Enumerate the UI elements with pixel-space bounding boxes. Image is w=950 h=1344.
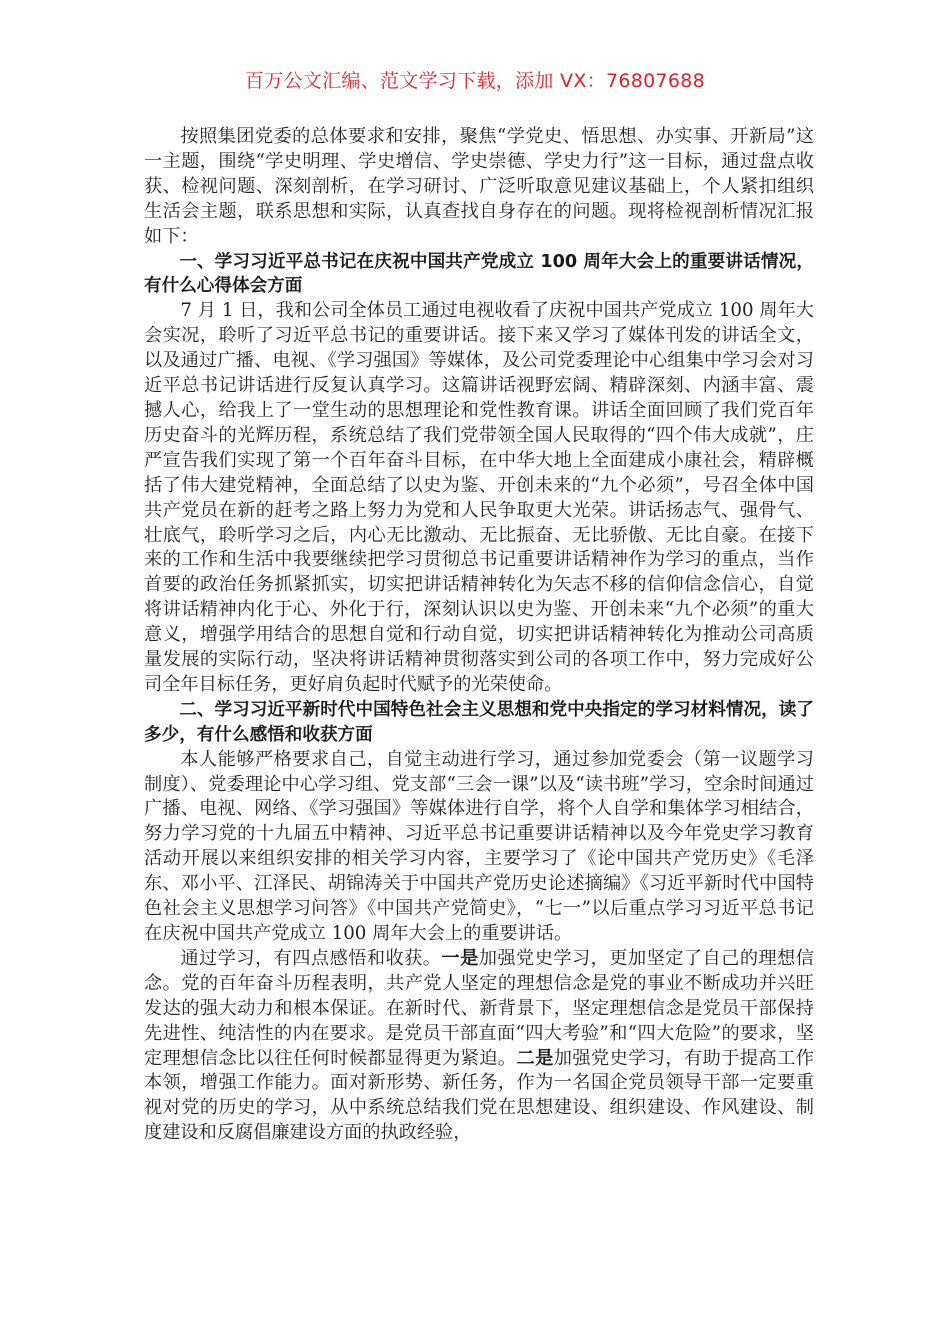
point-2-label: 二是 bbox=[516, 1048, 553, 1069]
point-1-label: 一是 bbox=[441, 948, 478, 969]
section-1-heading: 一、学习习近平总书记在庆祝中国共产党成立 100 周年大会上的重要讲话情况，有什… bbox=[144, 250, 814, 300]
section-2-body: 本人能够严格要求自己，自觉主动进行学习，通过参加党委会（第一议题学习制度）、党委… bbox=[144, 748, 814, 947]
section-1-body: 7 月 1 日，我和公司全体员工通过电视收看了庆祝中国共产党成立 100 周年大… bbox=[144, 299, 814, 698]
watermark-banner: 百万公文汇编、范文学习下载，添加 VX：76807688 bbox=[0, 66, 950, 96]
document-page: 百万公文汇编、范文学习下载，添加 VX：76807688 按照集团党委的总体要求… bbox=[0, 0, 950, 1344]
section-2-gains-paragraph: 通过学习，有四点感悟和收获。一是加强党史学习，更加坚定了自己的理想信念。党的百年… bbox=[144, 947, 814, 1146]
document-body: 按照集团党委的总体要求和安排，聚焦“学党史、悟思想、办实事、开新局”这一主题，围… bbox=[144, 125, 814, 1146]
section-2-heading: 二、学习习近平新时代中国特色社会主义思想和党中央指定的学习材料情况，读了多少，有… bbox=[144, 698, 814, 748]
gains-lead: 通过学习，有四点感悟和收获。 bbox=[180, 948, 441, 969]
intro-paragraph: 按照集团党委的总体要求和安排，聚焦“学党史、悟思想、办实事、开新局”这一主题，围… bbox=[144, 125, 814, 250]
